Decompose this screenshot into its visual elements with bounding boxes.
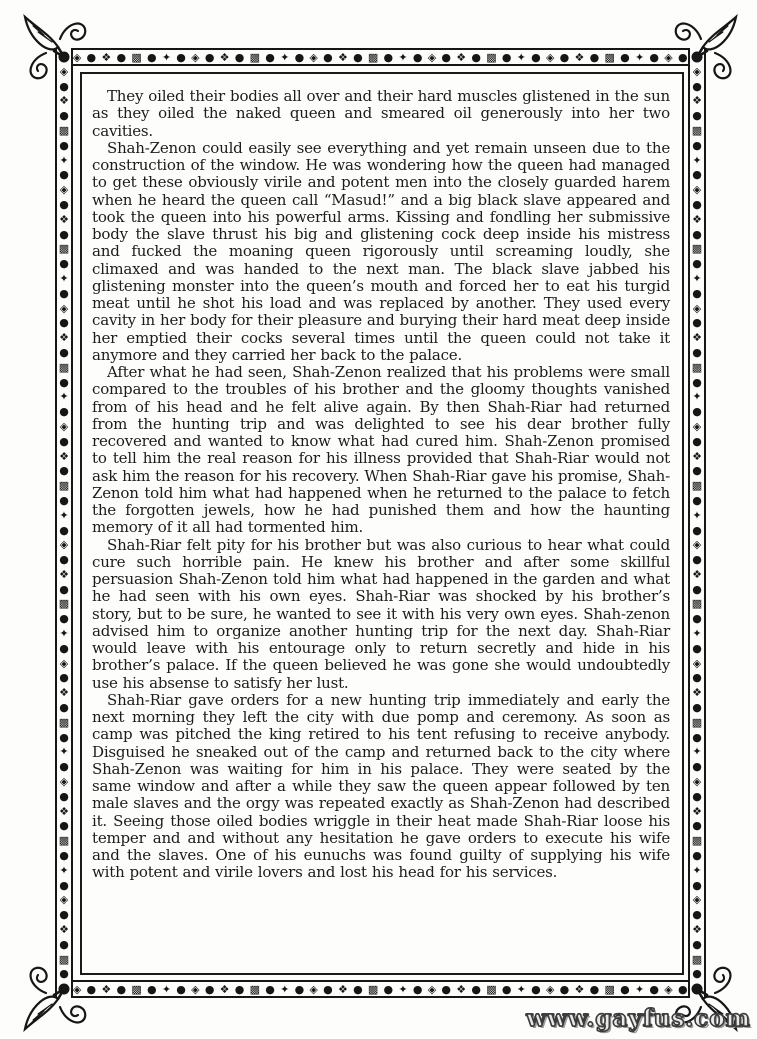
hatched-square-icon: ▩: [368, 984, 378, 995]
diamond-in-square-icon: ◈: [428, 984, 436, 995]
floral-diamond-icon: ❖: [59, 332, 69, 343]
filled-circle-icon: ●: [692, 909, 702, 920]
floral-diamond-icon: ❖: [692, 214, 702, 225]
filled-circle-icon: ●: [147, 984, 157, 995]
filled-circle-icon: ●: [265, 984, 275, 995]
filled-circle-icon: ●: [59, 820, 69, 831]
floral-diamond-icon: ❖: [575, 984, 585, 995]
filled-circle-icon: ●: [692, 140, 702, 151]
filled-circle-icon: ●: [59, 317, 69, 328]
floral-diamond-icon: ❖: [220, 52, 230, 63]
filled-circle-icon: ●: [59, 258, 69, 269]
hatched-square-icon: ▩: [692, 362, 702, 373]
four-pointed-star-icon: ✦: [280, 984, 289, 995]
four-pointed-star-icon: ✦: [517, 52, 526, 63]
filled-circle-icon: ●: [692, 347, 702, 358]
four-pointed-star-icon: ✦: [162, 984, 171, 995]
hatched-square-icon: ▩: [486, 984, 496, 995]
filled-circle-icon: ●: [692, 584, 702, 595]
filled-circle-icon: ●: [59, 939, 69, 950]
floral-diamond-icon: ❖: [59, 924, 69, 935]
filled-circle-icon: ●: [692, 850, 702, 861]
filled-circle-icon: ●: [692, 199, 702, 210]
floral-diamond-icon: ❖: [59, 569, 69, 580]
diamond-in-square-icon: ◈: [546, 52, 554, 63]
border-band-left: ●◈●❖●▩●✦●◈●❖●▩●✦●◈●❖●▩●✦●◈●❖●▩●✦●◈●❖●▩●✦…: [55, 48, 73, 998]
filled-circle-icon: ●: [59, 702, 69, 713]
story-text: They oiled their bodies all over and the…: [92, 88, 670, 882]
filled-circle-icon: ●: [117, 984, 127, 995]
hatched-square-icon: ▩: [692, 717, 702, 728]
filled-circle-icon: ●: [692, 761, 702, 772]
diamond-in-square-icon: ◈: [693, 539, 701, 550]
filled-circle-icon: ●: [692, 169, 702, 180]
filled-circle-icon: ●: [692, 436, 702, 447]
hatched-square-icon: ▩: [486, 52, 496, 63]
diamond-in-square-icon: ◈: [693, 658, 701, 669]
filled-circle-icon: ●: [692, 939, 702, 950]
floral-diamond-icon: ❖: [692, 95, 702, 106]
four-pointed-star-icon: ✦: [692, 391, 701, 402]
filled-circle-icon: ●: [176, 984, 186, 995]
four-pointed-star-icon: ✦: [635, 52, 644, 63]
filled-circle-icon: ●: [59, 850, 69, 861]
filled-circle-icon: ●: [235, 52, 245, 63]
diamond-in-square-icon: ◈: [60, 539, 68, 550]
hatched-square-icon: ▩: [368, 52, 378, 63]
diamond-in-square-icon: ◈: [693, 776, 701, 787]
hatched-square-icon: ▩: [604, 984, 614, 995]
filled-circle-icon: ●: [59, 613, 69, 624]
hatched-square-icon: ▩: [692, 480, 702, 491]
hatched-square-icon: ▩: [59, 362, 69, 373]
four-pointed-star-icon: ✦: [692, 273, 701, 284]
filled-circle-icon: ●: [59, 465, 69, 476]
watermark: www.gayfus.com: [526, 1005, 751, 1032]
diamond-in-square-icon: ◈: [546, 984, 554, 995]
hatched-square-icon: ▩: [59, 125, 69, 136]
diamond-in-square-icon: ◈: [191, 52, 199, 63]
filled-circle-icon: ●: [59, 347, 69, 358]
hatched-square-icon: ▩: [250, 52, 260, 63]
story-paragraph: Shah-Riar gave orders for a new hunting …: [92, 692, 670, 882]
filled-circle-icon: ●: [560, 984, 570, 995]
filled-circle-icon: ●: [441, 52, 451, 63]
four-pointed-star-icon: ✦: [280, 52, 289, 63]
hatched-square-icon: ▩: [692, 125, 702, 136]
four-pointed-star-icon: ✦: [59, 510, 68, 521]
scanned-story-page: ●◈●❖●▩●✦●◈●❖●▩●✦●◈●❖●▩●✦●◈●❖●▩●✦●◈●❖●▩●✦…: [0, 0, 757, 1039]
filled-circle-icon: ●: [205, 984, 215, 995]
filled-circle-icon: ●: [59, 140, 69, 151]
filled-circle-icon: ●: [235, 984, 245, 995]
floral-diamond-icon: ❖: [456, 52, 466, 63]
filled-circle-icon: ●: [59, 761, 69, 772]
filled-circle-icon: ●: [384, 984, 394, 995]
filled-circle-icon: ●: [205, 52, 215, 63]
floral-diamond-icon: ❖: [692, 569, 702, 580]
filled-circle-icon: ●: [59, 525, 69, 536]
filled-circle-icon: ●: [295, 984, 305, 995]
diamond-in-square-icon: ◈: [60, 184, 68, 195]
filled-circle-icon: ●: [692, 317, 702, 328]
filled-circle-icon: ●: [59, 110, 69, 121]
filled-circle-icon: ●: [692, 643, 702, 654]
filled-circle-icon: ●: [590, 52, 600, 63]
filled-circle-icon: ●: [323, 984, 333, 995]
floral-diamond-icon: ❖: [338, 52, 348, 63]
four-pointed-star-icon: ✦: [692, 628, 701, 639]
floral-diamond-icon: ❖: [59, 95, 69, 106]
filled-circle-icon: ●: [649, 52, 659, 63]
filled-circle-icon: ●: [59, 584, 69, 595]
floral-diamond-icon: ❖: [59, 687, 69, 698]
four-pointed-star-icon: ✦: [162, 52, 171, 63]
filled-circle-icon: ●: [353, 984, 363, 995]
corner-flourish-icon: [20, 13, 90, 83]
filled-circle-icon: ●: [692, 288, 702, 299]
filled-circle-icon: ●: [117, 52, 127, 63]
hatched-square-icon: ▩: [604, 52, 614, 63]
filled-circle-icon: ●: [531, 984, 541, 995]
diamond-in-square-icon: ◈: [60, 421, 68, 432]
hatched-square-icon: ▩: [250, 984, 260, 995]
diamond-in-square-icon: ◈: [191, 984, 199, 995]
four-pointed-star-icon: ✦: [59, 628, 68, 639]
filled-circle-icon: ●: [692, 672, 702, 683]
filled-circle-icon: ●: [59, 554, 69, 565]
floral-diamond-icon: ❖: [59, 214, 69, 225]
four-pointed-star-icon: ✦: [517, 984, 526, 995]
filled-circle-icon: ●: [471, 984, 481, 995]
filled-circle-icon: ●: [59, 229, 69, 240]
diamond-in-square-icon: ◈: [428, 52, 436, 63]
filled-circle-icon: ●: [502, 984, 512, 995]
floral-diamond-icon: ❖: [456, 984, 466, 995]
filled-circle-icon: ●: [441, 984, 451, 995]
hatched-square-icon: ▩: [131, 984, 141, 995]
floral-diamond-icon: ❖: [101, 52, 111, 63]
four-pointed-star-icon: ✦: [692, 865, 701, 876]
four-pointed-star-icon: ✦: [59, 155, 68, 166]
hatched-square-icon: ▩: [692, 835, 702, 846]
diamond-in-square-icon: ◈: [60, 303, 68, 314]
filled-circle-icon: ●: [59, 377, 69, 388]
hatched-square-icon: ▩: [59, 835, 69, 846]
filled-circle-icon: ●: [147, 52, 157, 63]
filled-circle-icon: ●: [692, 880, 702, 891]
filled-circle-icon: ●: [692, 702, 702, 713]
filled-circle-icon: ●: [471, 52, 481, 63]
floral-diamond-icon: ❖: [101, 984, 111, 995]
filled-circle-icon: ●: [531, 52, 541, 63]
four-pointed-star-icon: ✦: [692, 155, 701, 166]
diamond-in-square-icon: ◈: [693, 421, 701, 432]
hatched-square-icon: ▩: [131, 52, 141, 63]
four-pointed-star-icon: ✦: [59, 865, 68, 876]
filled-circle-icon: ●: [59, 436, 69, 447]
filled-circle-icon: ●: [692, 525, 702, 536]
filled-circle-icon: ●: [692, 554, 702, 565]
four-pointed-star-icon: ✦: [692, 510, 701, 521]
four-pointed-star-icon: ✦: [59, 391, 68, 402]
border-band-bottom: ●◈●❖●▩●✦●◈●❖●▩●✦●◈●❖●▩●✦●◈●❖●▩●✦●◈●❖●▩●✦…: [55, 980, 706, 998]
hatched-square-icon: ▩: [59, 243, 69, 254]
filled-circle-icon: ●: [692, 820, 702, 831]
filled-circle-icon: ●: [59, 732, 69, 743]
filled-circle-icon: ●: [692, 377, 702, 388]
filled-circle-icon: ●: [560, 52, 570, 63]
floral-diamond-icon: ❖: [692, 687, 702, 698]
filled-circle-icon: ●: [384, 52, 394, 63]
filled-circle-icon: ●: [59, 288, 69, 299]
four-pointed-star-icon: ✦: [635, 984, 644, 995]
filled-circle-icon: ●: [59, 495, 69, 506]
filled-circle-icon: ●: [295, 52, 305, 63]
filled-circle-icon: ●: [59, 169, 69, 180]
filled-circle-icon: ●: [692, 791, 702, 802]
filled-circle-icon: ●: [265, 52, 275, 63]
filled-circle-icon: ●: [692, 258, 702, 269]
diamond-in-square-icon: ◈: [60, 776, 68, 787]
filled-circle-icon: ●: [692, 110, 702, 121]
diamond-in-square-icon: ◈: [693, 303, 701, 314]
filled-circle-icon: ●: [692, 732, 702, 743]
filled-circle-icon: ●: [59, 643, 69, 654]
story-paragraph: Shah-Zenon could easily see everything a…: [92, 140, 670, 364]
hatched-square-icon: ▩: [59, 480, 69, 491]
filled-circle-icon: ●: [413, 984, 423, 995]
filled-circle-icon: ●: [59, 909, 69, 920]
filled-circle-icon: ●: [323, 52, 333, 63]
diamond-in-square-icon: ◈: [60, 658, 68, 669]
border-band-right: ●◈●❖●▩●✦●◈●❖●▩●✦●◈●❖●▩●✦●◈●❖●▩●✦●◈●❖●▩●✦…: [688, 48, 706, 998]
border-band-top: ●◈●❖●▩●✦●◈●❖●▩●✦●◈●❖●▩●✦●◈●❖●▩●✦●◈●❖●▩●✦…: [55, 48, 706, 66]
filled-circle-icon: ●: [620, 52, 630, 63]
diamond-in-square-icon: ◈: [60, 894, 68, 905]
filled-circle-icon: ●: [59, 672, 69, 683]
diamond-in-square-icon: ◈: [693, 894, 701, 905]
floral-diamond-icon: ❖: [338, 984, 348, 995]
filled-circle-icon: ●: [176, 52, 186, 63]
corner-flourish-icon: [20, 963, 90, 1033]
floral-diamond-icon: ❖: [59, 451, 69, 462]
floral-diamond-icon: ❖: [692, 451, 702, 462]
floral-diamond-icon: ❖: [59, 806, 69, 817]
floral-diamond-icon: ❖: [220, 984, 230, 995]
filled-circle-icon: ●: [692, 495, 702, 506]
diamond-in-square-icon: ◈: [309, 984, 317, 995]
filled-circle-icon: ●: [590, 984, 600, 995]
filled-circle-icon: ●: [649, 984, 659, 995]
hatched-square-icon: ▩: [59, 598, 69, 609]
hatched-square-icon: ▩: [692, 243, 702, 254]
floral-diamond-icon: ❖: [692, 806, 702, 817]
filled-circle-icon: ●: [59, 406, 69, 417]
floral-diamond-icon: ❖: [575, 52, 585, 63]
four-pointed-star-icon: ✦: [59, 273, 68, 284]
filled-circle-icon: ●: [59, 880, 69, 891]
filled-circle-icon: ●: [413, 52, 423, 63]
corner-flourish-icon: [671, 13, 741, 83]
filled-circle-icon: ●: [59, 791, 69, 802]
four-pointed-star-icon: ✦: [398, 52, 407, 63]
story-paragraph: Shah-Riar felt pity for his brother but …: [92, 537, 670, 692]
diamond-in-square-icon: ◈: [693, 184, 701, 195]
filled-circle-icon: ●: [692, 465, 702, 476]
filled-circle-icon: ●: [502, 52, 512, 63]
story-paragraph: They oiled their bodies all over and the…: [92, 88, 670, 140]
diamond-in-square-icon: ◈: [309, 52, 317, 63]
story-paragraph: After what he had seen, Shah-Zenon reali…: [92, 364, 670, 537]
filled-circle-icon: ●: [692, 613, 702, 624]
four-pointed-star-icon: ✦: [692, 746, 701, 757]
hatched-square-icon: ▩: [692, 598, 702, 609]
floral-diamond-icon: ❖: [692, 332, 702, 343]
floral-diamond-icon: ❖: [692, 924, 702, 935]
filled-circle-icon: ●: [353, 52, 363, 63]
filled-circle-icon: ●: [692, 229, 702, 240]
hatched-square-icon: ▩: [59, 717, 69, 728]
filled-circle-icon: ●: [620, 984, 630, 995]
filled-circle-icon: ●: [59, 199, 69, 210]
four-pointed-star-icon: ✦: [59, 746, 68, 757]
filled-circle-icon: ●: [692, 406, 702, 417]
four-pointed-star-icon: ✦: [398, 984, 407, 995]
